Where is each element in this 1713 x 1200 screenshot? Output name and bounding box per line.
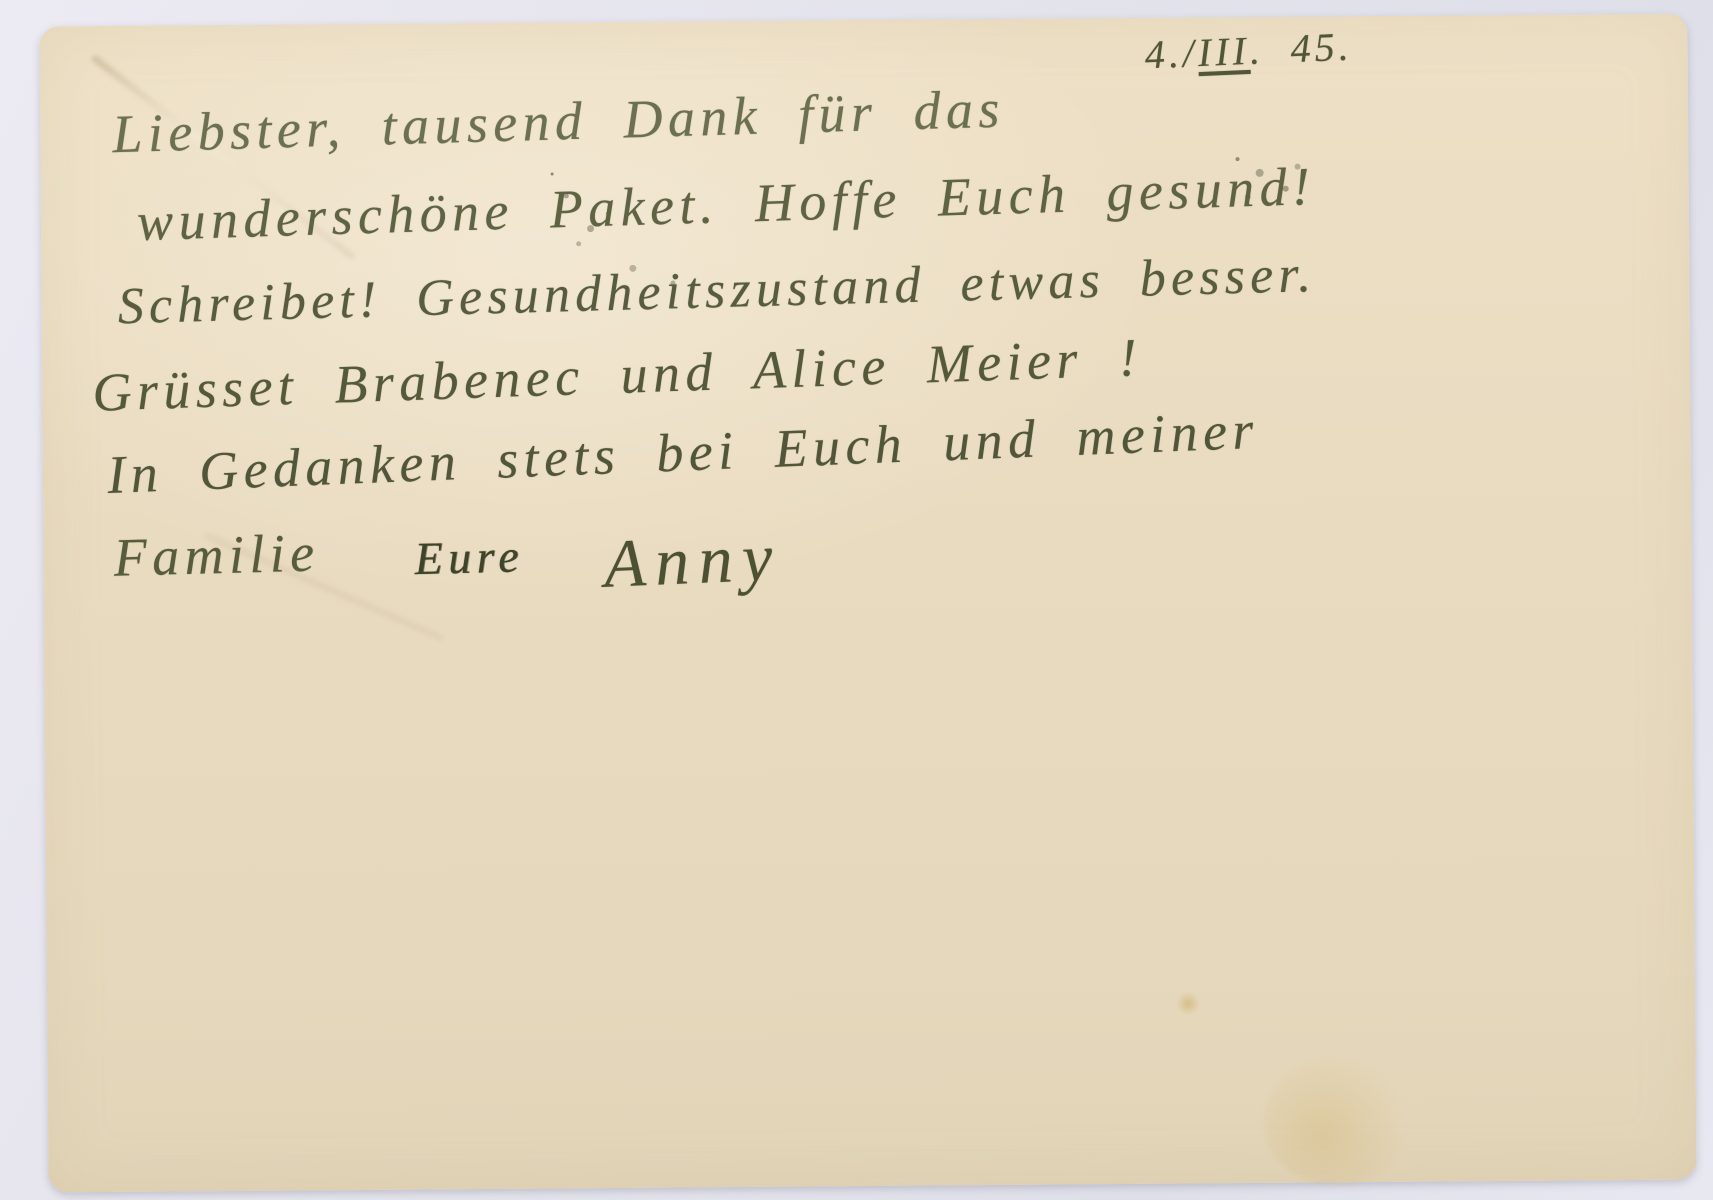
handwritten-line-3: Schreibet! Gesundheitszustand etwas bess… (117, 245, 1317, 336)
closing-word-familie: Familie (113, 523, 320, 588)
photo-background: 4./III. 45. Liebster, tausend Dank für d… (0, 0, 1713, 1200)
date-year: . 45. (1249, 24, 1354, 73)
date-day: 4./ (1144, 30, 1199, 77)
date-month: III (1197, 28, 1251, 75)
handwritten-line-6: FamilieEureAnny (113, 497, 783, 593)
postcard: 4./III. 45. Liebster, tausend Dank für d… (39, 14, 1696, 1193)
ink-smudge (551, 172, 554, 175)
closing-eure: Eure (414, 529, 525, 585)
date: 4./III. 45. (1144, 23, 1354, 79)
handwritten-line-2: wunderschöne Paket. Hoffe Euch gesund! (136, 155, 1316, 253)
signature-anny: Anny (602, 517, 783, 604)
stain-blotch (1263, 1056, 1414, 1187)
stain-spot (1175, 992, 1201, 1014)
handwritten-line-1: Liebster, tausend Dank für das (112, 78, 1006, 166)
